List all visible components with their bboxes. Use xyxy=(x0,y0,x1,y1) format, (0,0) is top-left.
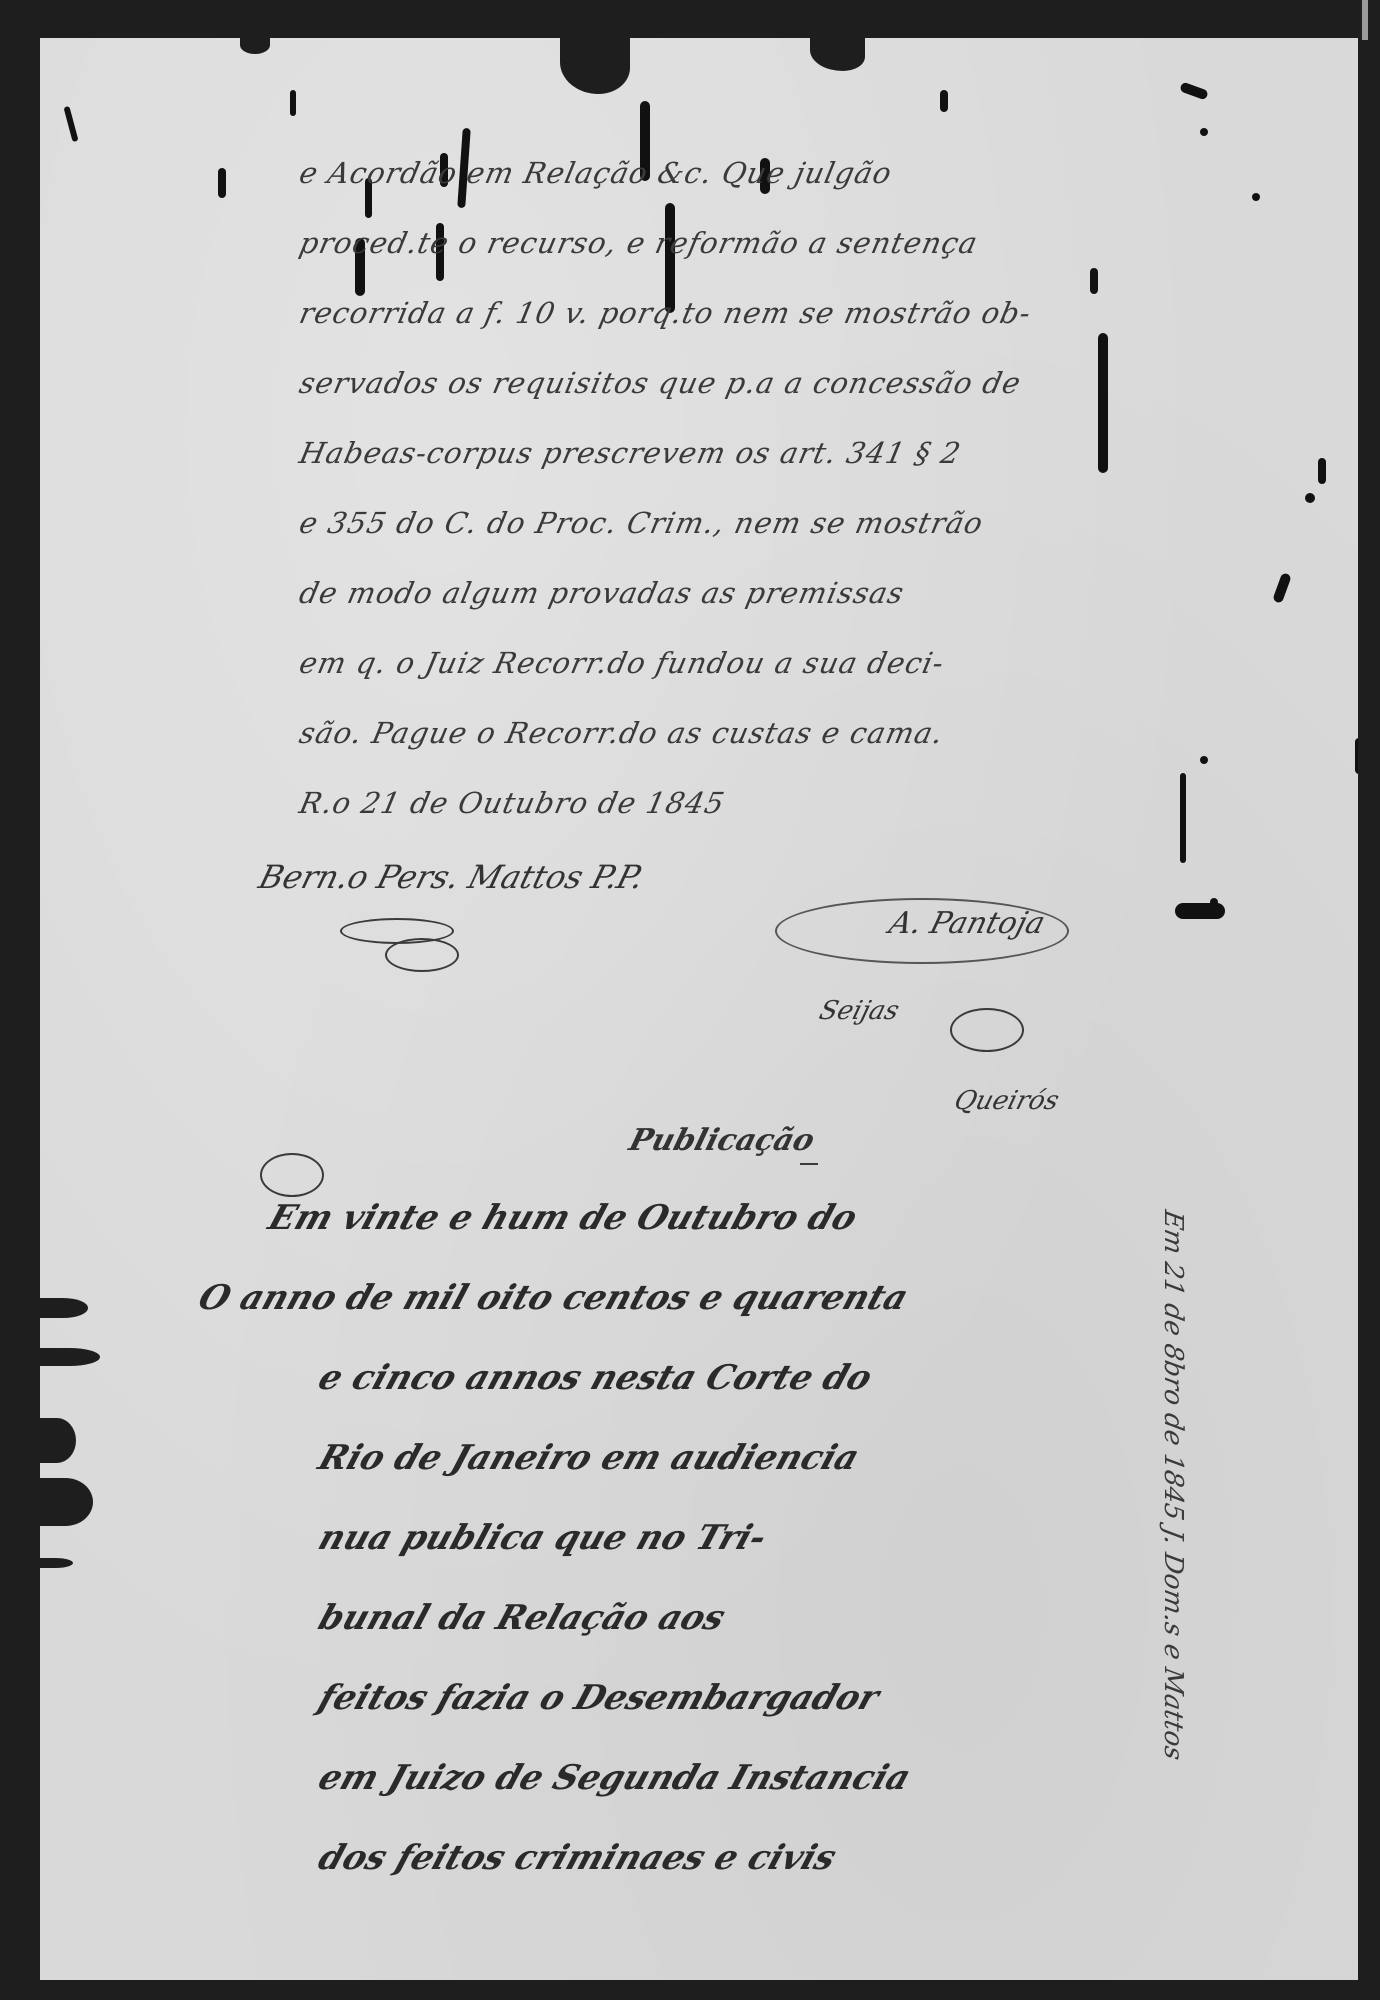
scan-edge xyxy=(1358,0,1380,2000)
ruling-line: de modo algum provadas as premissas xyxy=(296,576,907,610)
ruling-line: proced.te o recurso, e reformão a senten… xyxy=(296,226,981,260)
signature-pantoja: A. Pantoja xyxy=(885,906,1048,941)
ruling-line: recorrida a f. 10 v. porq.to nem se most… xyxy=(296,296,1034,330)
torn-edge xyxy=(38,1558,73,1568)
publication-line: nua publica que no Tri- xyxy=(314,1518,772,1558)
ink-blot xyxy=(1098,333,1108,473)
signature-seijas: Seijas xyxy=(816,996,902,1026)
ink-blot xyxy=(1175,903,1225,919)
ink-blot xyxy=(1179,82,1209,101)
ink-blot xyxy=(1272,572,1292,604)
ruling-line: servados os requisitos que p.a a concess… xyxy=(296,366,1024,400)
heading-underline xyxy=(800,1163,818,1165)
publication-line: bunal da Relação aos xyxy=(314,1598,731,1638)
publication-line: dos feitos criminaes e civis xyxy=(314,1838,842,1878)
torn-edge xyxy=(38,1348,100,1366)
ink-blot xyxy=(940,90,948,112)
ink-blot xyxy=(1180,773,1186,863)
publication-line: O anno de mil oito centos e quarenta xyxy=(194,1278,914,1318)
ruling-line: em q. o Juiz Recorr.do fundou a sua deci… xyxy=(296,646,947,680)
ruling-line: e 355 do C. do Proc. Crim., nem se mostr… xyxy=(296,506,986,540)
ink-blot xyxy=(1305,493,1315,503)
ink-blot xyxy=(1318,458,1326,484)
signature-left: Bern.o Pers. Mattos P.P. xyxy=(255,858,648,896)
date-line: R.o 21 de Outubro de 1845 xyxy=(296,786,728,820)
manuscript-page: e Acordão em Relação &c. Que julgão proc… xyxy=(40,38,1358,2000)
torn-edge xyxy=(38,1418,76,1463)
torn-edge xyxy=(240,36,270,54)
scan-edge xyxy=(0,1980,1380,2000)
torn-edge xyxy=(560,36,630,94)
initial-letter-flourish xyxy=(260,1153,324,1197)
publication-line: Rio de Janeiro em audiencia xyxy=(314,1438,865,1478)
torn-edge xyxy=(38,1298,88,1318)
publication-line: em Juizo de Segunda Instancia xyxy=(314,1758,916,1798)
publication-line: e cinco annos nesta Corte do xyxy=(314,1358,877,1398)
ink-blot xyxy=(1200,756,1208,764)
ink-blot xyxy=(1210,898,1218,906)
ink-blot xyxy=(63,106,78,142)
signature-flourish xyxy=(385,938,459,972)
signature-queiros: Queirós xyxy=(951,1086,1062,1116)
ink-blot xyxy=(1200,128,1208,136)
ink-blot xyxy=(290,90,296,116)
torn-edge xyxy=(810,36,865,71)
ruling-line: e Acordão em Relação &c. Que julgão xyxy=(296,156,895,190)
ink-blot xyxy=(1090,268,1098,294)
section-heading-publicacao: Publicação xyxy=(625,1123,818,1158)
ruling-line: são. Pague o Recorr.do as custas e cama. xyxy=(296,716,946,750)
publication-line: feitos fazia o Desembargador xyxy=(314,1678,885,1718)
publication-line: Em vinte e hum de Outubro do xyxy=(264,1198,863,1238)
margin-note: Em 21 de 8bro de 1845 J. Dom.s e Mattos xyxy=(1158,1208,1188,1763)
ruling-line: Habeas-corpus prescrevem os art. 341 § 2 xyxy=(296,436,964,470)
ink-blot xyxy=(218,168,226,198)
signature-flourish xyxy=(950,1008,1024,1052)
torn-edge xyxy=(38,1478,93,1526)
scan-frame: e Acordão em Relação &c. Que julgão proc… xyxy=(0,0,1380,2000)
ink-blot xyxy=(1252,193,1260,201)
